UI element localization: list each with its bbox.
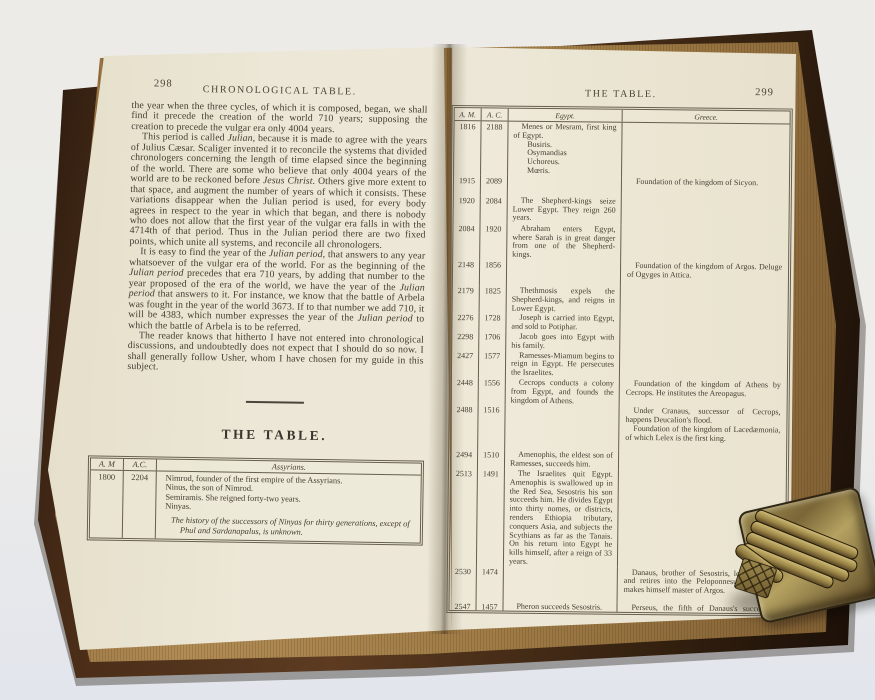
year-am: 2488 [451,404,478,449]
egypt-entry: The Shepherd-kings seize Lower Egypt. Th… [513,196,616,223]
year-am: 2494 [451,449,478,468]
egypt-cell [507,260,621,287]
greece-cell [620,314,787,334]
year-ac: 1510 [478,450,505,469]
page-number-right: 299 [755,87,774,98]
running-header-left: CHRONOLOGICAL TABLE. [203,84,357,97]
greece-entry: Foundation of the kingdom of Argos. Delu… [627,262,782,281]
greece-cell: Foundation of the kingdom of Argos. Delu… [621,261,788,289]
egypt-cell: Thethmosis expels the Shepherd-kings, an… [507,286,621,315]
year-ac: 1577 [479,350,506,378]
col-header-ac: A. C. [482,108,509,120]
year-ac: 1516 [478,405,505,450]
right-page-header: THE TABLE. 299 [452,82,790,101]
greece-cell [621,225,788,263]
egypt-entry: Thethmosis expels the Shepherd-kings, an… [512,287,615,314]
egypt-cell [504,566,618,602]
egypt-entry: Jacob goes into Egypt with his family. [511,333,614,352]
year-ac: 1706 [479,331,506,350]
year-am: 2547 [449,601,476,617]
year-am: 2179 [453,285,480,313]
paragraph: It is easy to find the year of the Julia… [128,247,425,335]
year-am: 2448 [452,377,479,405]
greece-cell: Foundation of the kingdom of Athens by C… [620,379,787,408]
egypt-cell: Jacob goes into Egypt with his family. [506,332,620,352]
left-page-paragraphs: the year when the three cycles, of which… [127,101,427,377]
greece-entry: Foundation of the kingdom of Athens by C… [626,380,781,399]
egypt-entry: Abraham enters Egypt, where Sarah is in … [512,224,615,260]
year-am: 1800 [90,471,124,538]
egypt-cell [508,175,622,196]
section-heading: THE TABLE. [126,425,422,446]
year-am: 2298 [452,331,479,350]
year-am: 2276 [452,312,479,331]
year-ac: 2084 [481,195,508,223]
egypt-entry: Joseph is carried into Egypt, and sold t… [511,314,614,333]
egypt-cell: Abraham enters Egypt, where Sarah is in … [507,223,621,260]
egypt-entry: Amenophis, the eldest son of Ramesses, s… [510,451,613,470]
egypt-entry: The Israelites quit Egypt. Amenophis is … [509,470,613,568]
greece-cell [620,333,787,353]
year-ac: 1457 [476,601,503,617]
assyrians-note: The history of the successors of Ninyas … [162,516,414,539]
greece-cell: Under Cranaus, successor of Cecrops, hap… [619,406,786,453]
egypt-entry: Ramesses-Miamum begins to reign in Egypt… [511,351,614,378]
year-ac: 2188 [481,121,509,175]
egypt-cell: Amenophis, the eldest son of Ramesses, s… [505,450,619,470]
paragraph: This period is called Julian, because it… [129,132,427,252]
year-am: 2530 [450,566,477,601]
egypt-cell: Joseph is carried into Egypt, and sold t… [506,313,620,333]
year-ac: 1920 [480,223,507,259]
greece-cell: Foundation of the kingdom of Sicyon. [622,177,789,199]
year-ac: 1474 [477,566,504,601]
brass-hand-page-holder [740,482,875,640]
year-ac: 1728 [479,313,506,332]
year-am: 1816 [454,121,482,175]
assyrians-table: A. M A.C. Assyrians. 1800 2204 Nimrod, f… [87,456,424,546]
egypt-cell: Pheron succeeds Sesostris. [503,601,617,616]
left-page-content: 298 CHRONOLOGICAL TABLE. the year when t… [123,78,428,643]
assyrians-entry-lines: Nimrod, founder of the first empire of t… [156,474,421,515]
egypt-entry: Menes or Mesram, first king of Egypt. [513,123,616,142]
year-am: 2148 [453,259,480,285]
greece-entry: Foundation of the kingdom of Lacedæmonia… [625,425,780,444]
year-ac: 1825 [480,285,507,313]
page-number-left: 298 [154,78,173,89]
year-am: 1920 [454,195,481,223]
year-am: 2513 [450,468,478,566]
book-photo: 298 CHRONOLOGICAL TABLE. the year when t… [0,0,875,700]
greece-cell [622,123,790,179]
col-header-am: A. M. [455,108,482,120]
paragraph: The reader knows that hitherto I have no… [127,331,424,377]
greece-cell [619,451,786,471]
col-header-greece: Greece. [623,110,790,124]
egypt-cell [505,405,619,451]
year-ac: 1491 [477,468,505,566]
greece-cell [622,197,789,227]
egypt-entry: Cecrops conducts a colony from Egypt, an… [511,379,614,406]
assyrians-entry: Nimrod, founder of the first empire of t… [156,472,421,543]
egypt-cell: Menes or Mesram, first king of Egypt.Bus… [508,122,623,177]
year-ac: 1856 [480,259,507,285]
year-ac: 1556 [479,377,506,405]
col-header-am: A. M [91,459,124,471]
running-header-right: THE TABLE. [585,88,657,100]
year-am: 2427 [452,350,479,378]
assyrians-table-body: 1800 2204 Nimrod, founder of the first e… [90,471,421,543]
section-divider [246,401,304,404]
greece-entry: Foundation of the kingdom of Sicyon. [628,178,783,188]
year-am: 1915 [454,175,481,195]
egypt-greece-rows: 18162188Menes or Mesram, first king of E… [449,121,789,617]
year-ac: 2089 [481,175,508,195]
egypt-cell: Ramesses-Miamum begins to reign in Egypt… [506,350,620,379]
egypt-cell: The Israelites quit Egypt. Amenophis is … [504,468,619,567]
egypt-cell: The Shepherd-kings seize Lower Egypt. Th… [508,195,622,224]
col-header-egypt: Egypt. [509,109,623,122]
egypt-entry: Pheron succeeds Sesostris. [508,602,611,612]
greece-cell [620,351,787,380]
col-header-ac: A.C. [124,459,157,471]
egypt-cell: Cecrops conducts a colony from Egypt, an… [506,378,620,407]
greece-cell [621,287,788,316]
year-ac: 2204 [123,471,157,538]
year-am: 2084 [453,223,480,259]
